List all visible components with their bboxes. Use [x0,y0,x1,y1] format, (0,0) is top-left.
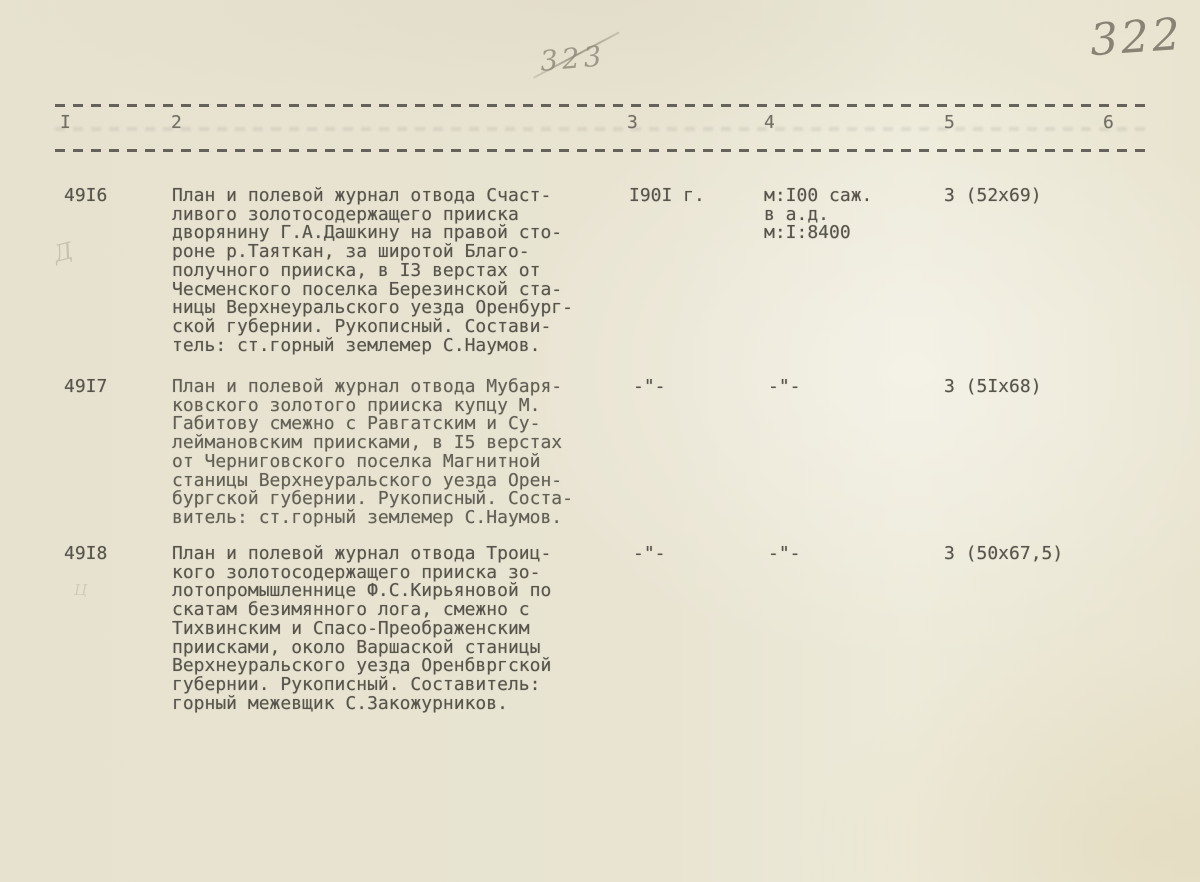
table-header-rule-ghost [55,127,1148,131]
column-header-5: 5 [944,112,955,133]
table-header-rule-top [55,104,1148,107]
row-quantity-size: 3 (52x69) [944,187,1042,206]
scanned-archive-page: 323 322 I 2 3 4 5 6 Д Ц 49I6 План и поле… [0,0,1200,882]
column-header-2: 2 [171,112,182,133]
table-header-rule-bottom [55,149,1148,152]
row-scale: -"- [768,545,801,564]
row-date: -"- [633,545,666,564]
handwritten-page-number: 322 [1088,9,1184,66]
row-date: I90I г. [629,187,705,206]
margin-pencil-doodle: Д [51,238,75,268]
column-header-3: 3 [627,112,638,133]
row-quantity-size: 3 (5Ix68) [944,378,1042,397]
column-header-1: I [60,112,71,133]
column-header-6: 6 [1103,112,1114,133]
row-description: План и полевой журнал отвода Счаст- ливо… [172,187,584,355]
row-date: -"- [633,378,666,397]
row-number: 49I8 [64,545,107,564]
row-description: План и полевой журнал отвода Троиц- кого… [172,545,584,713]
column-header-4: 4 [764,112,775,133]
row-scale: -"- [768,378,801,397]
row-quantity-size: 3 (50x67,5) [944,545,1063,564]
row-description: План и полевой журнал отвода Мубаря- ков… [172,378,584,528]
row-number: 49I7 [64,378,107,397]
row-number: 49I6 [64,187,107,206]
row-scale: м:I00 саж. в а.д. м:I:8400 [764,187,944,243]
margin-pencil-doodle: Ц [74,581,87,599]
